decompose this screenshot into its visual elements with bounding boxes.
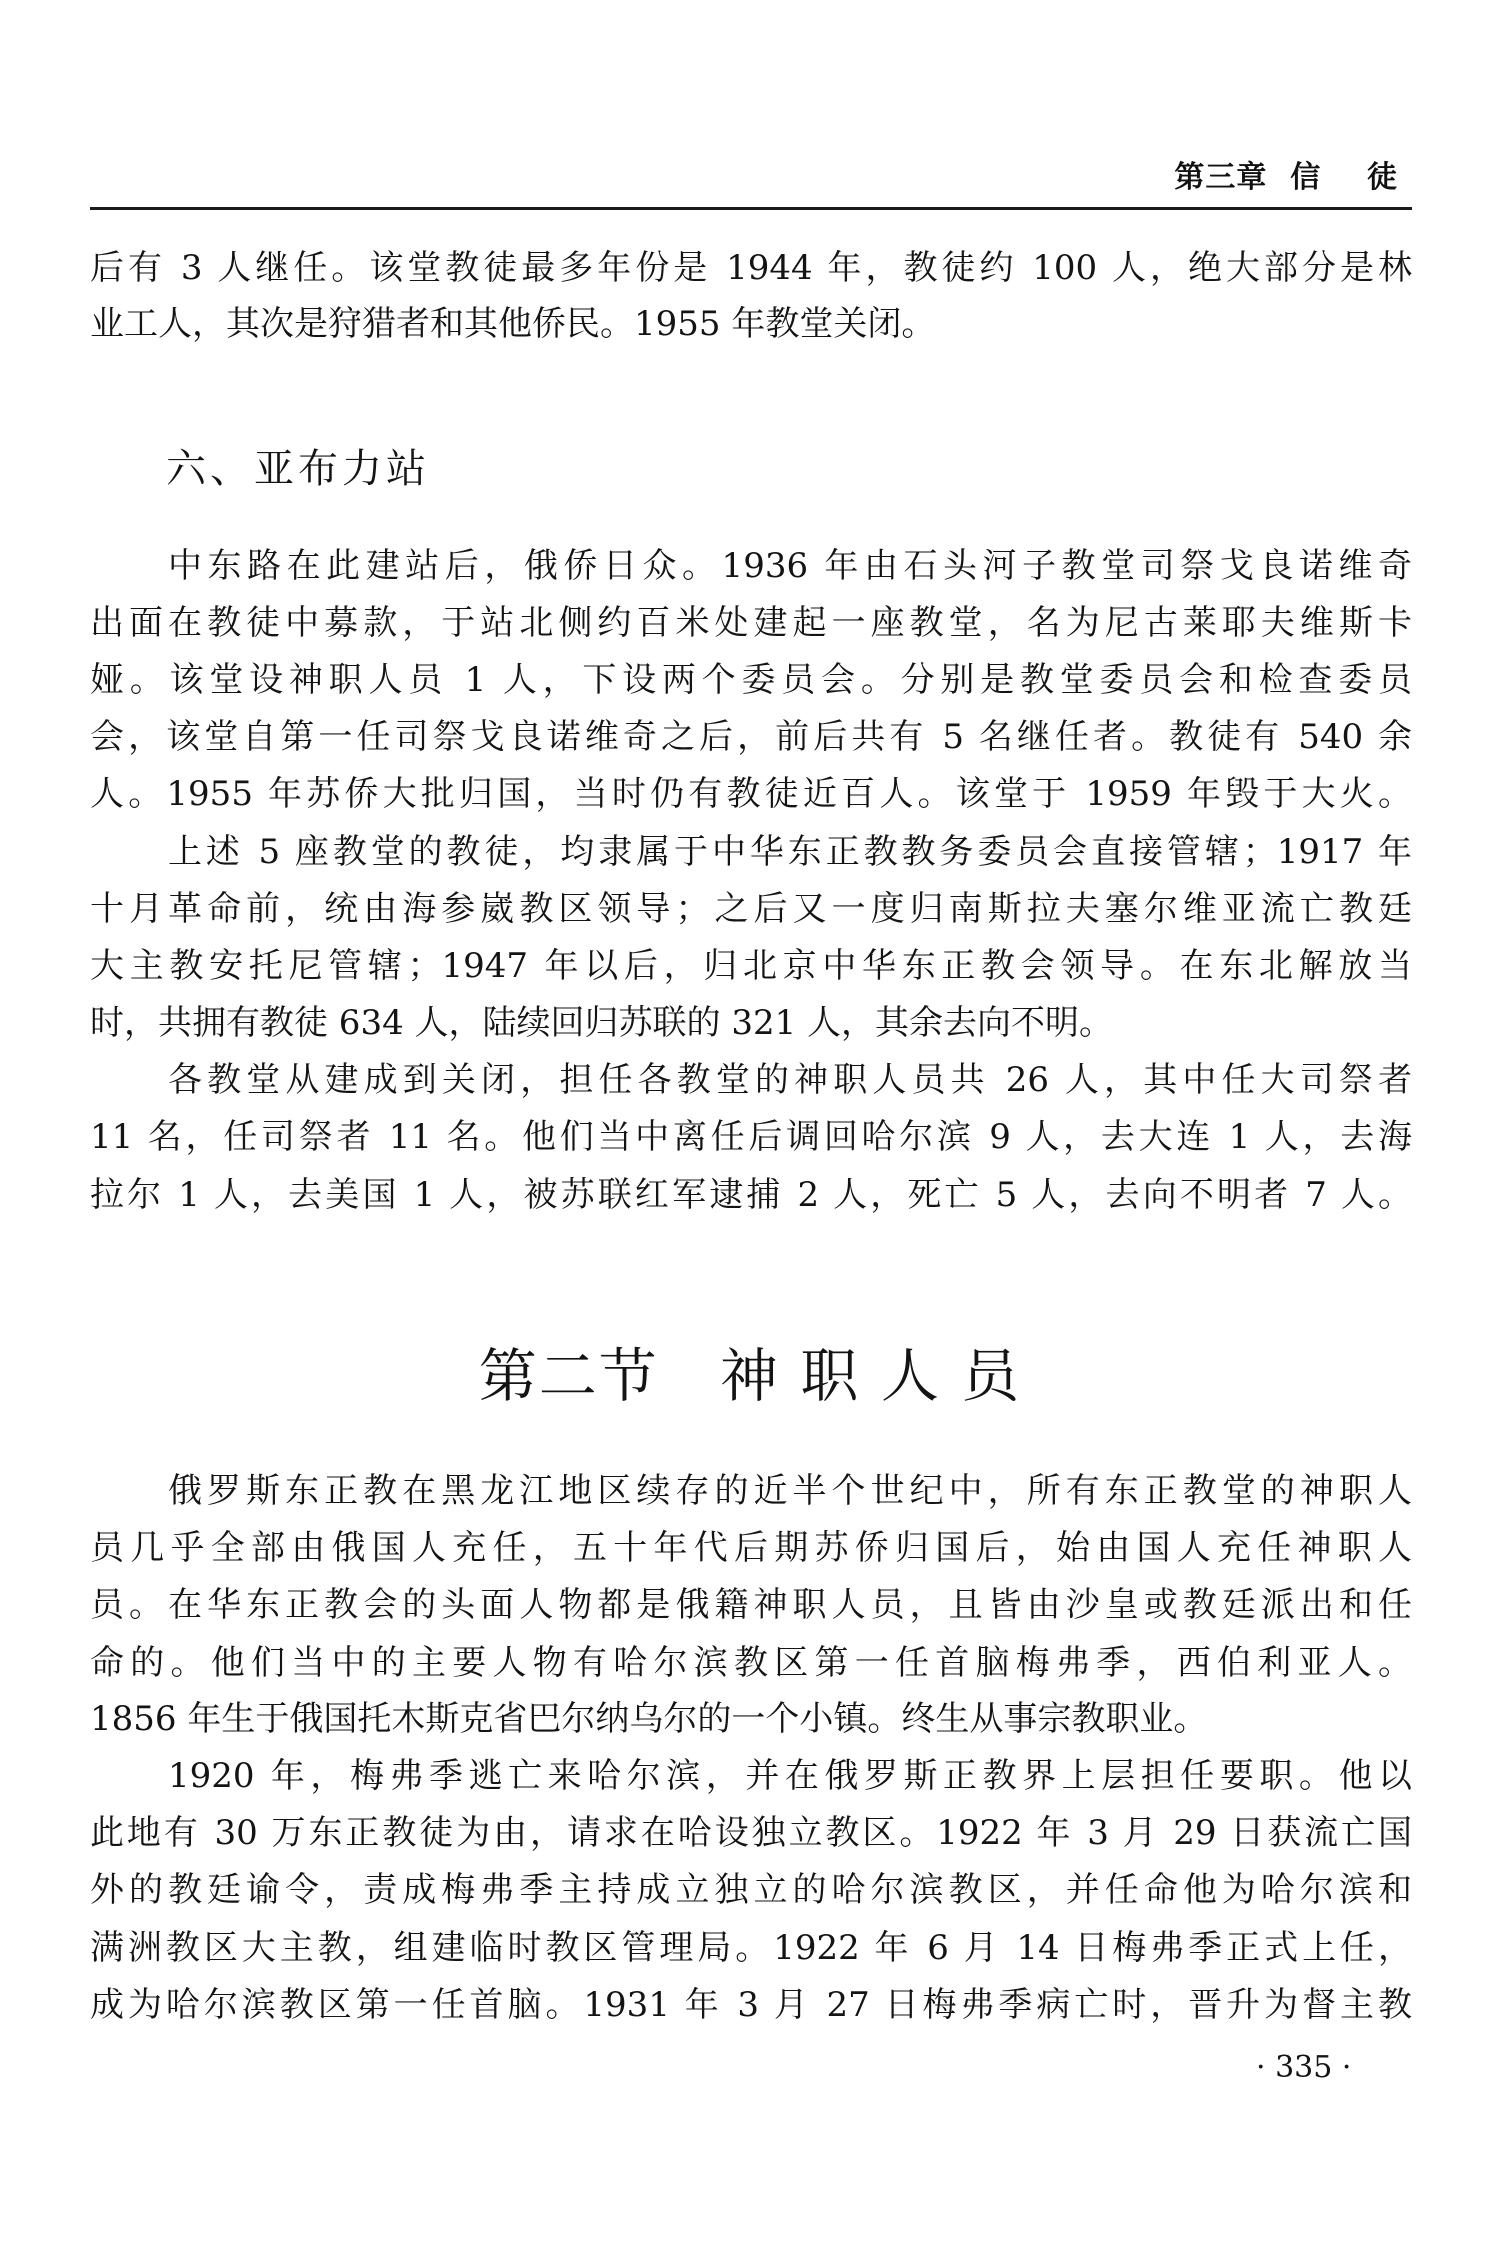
page-number: · 335 · (1256, 2048, 1351, 2088)
text-line: 后有 3 人继任。该堂教徒最多年份是 1944 年，教徒约 100 人，绝大部分… (90, 246, 1412, 290)
text-line: 各教堂从建成到关闭，担任各教堂的神职人员共 26 人，其中任大司祭者 (168, 1058, 1412, 1102)
text-line: 业工人，其次是狩猎者和其他侨民。1955 年教堂关闭。 (90, 302, 1412, 346)
text-line: 会，该堂自第一任司祭戈良诺维奇之后，前后共有 5 名继任者。教徒有 540 余 (90, 715, 1412, 759)
text-line: 人。1955 年苏侨大批归国，当时仍有教徒近百人。该堂于 1959 年毁于大火。 (90, 772, 1412, 816)
header-rule (90, 207, 1412, 210)
text-line: 此地有 30 万东正教徒为由，请求在哈设独立教区。1922 年 3 月 29 日… (90, 1811, 1412, 1855)
text-line: 11 名，任司祭者 11 名。他们当中离任后调回哈尔滨 9 人，去大连 1 人，… (90, 1115, 1412, 1159)
section-heading: 第二节 神 职 人 员 (0, 1338, 1500, 1414)
text-line: 外的教廷谕令，责成梅弗季主持成立独立的哈尔滨教区，并任命他为哈尔滨和 (90, 1868, 1412, 1912)
text-line: 1920 年，梅弗季逃亡来哈尔滨，并在俄罗斯正教界上层担任要职。他以 (168, 1754, 1412, 1798)
text-line: 时，共拥有教徒 634 人，陆续回归苏联的 321 人，其余去向不明。 (90, 1001, 1412, 1045)
text-line: 十月革命前，统由海参崴教区领导；之后又一度归南斯拉夫塞尔维亚流亡教廷 (90, 887, 1412, 931)
text-line: 俄罗斯东正教在黑龙江地区续存的近半个世纪中，所有东正教堂的神职人 (168, 1469, 1412, 1513)
text-line: 员几乎全部由俄国人充任，五十年代后期苏侨归国后，始由国人充任神职人 (90, 1526, 1412, 1570)
text-line: 出面在教徒中募款，于站北侧约百米处建起一座教堂，名为尼古莱耶夫维斯卡 (90, 601, 1412, 645)
subsection-heading: 六、亚布力站 (166, 443, 430, 495)
text-line: 中东路在此建站后，俄侨日众。1936 年由石头河子教堂司祭戈良诺维奇 (168, 544, 1412, 588)
text-line: 命的。他们当中的主要人物有哈尔滨教区第一任首脑梅弗季，西伯利亚人。 (90, 1641, 1412, 1685)
book-page: 第三章 信 徒 后有 3 人继任。该堂教徒最多年份是 1944 年，教徒约 10… (0, 0, 1500, 2244)
text-line: 满洲教区大主教，组建临时教区管理局。1922 年 6 月 14 日梅弗季正式上任… (90, 1926, 1412, 1970)
text-line: 员。在华东正教会的头面人物都是俄籍神职人员，且皆由沙皇或教廷派出和任 (90, 1583, 1412, 1627)
text-line: 1856 年生于俄国托木斯克省巴尔纳乌尔的一个小镇。终生从事宗教职业。 (90, 1697, 1412, 1741)
text-line: 娅。该堂设神职人员 1 人，下设两个委员会。分别是教堂委员会和检查委员 (90, 658, 1412, 702)
running-head-chapter-title: 第三章 信 徒 (1174, 158, 1398, 198)
text-line: 成为哈尔滨教区第一任首脑。1931 年 3 月 27 日梅弗季病亡时，晋升为督主… (90, 1983, 1412, 2027)
text-line: 大主教安托尼管辖；1947 年以后，归北京中华东正教会领导。在东北解放当 (90, 944, 1412, 988)
text-line: 上述 5 座教堂的教徒，均隶属于中华东正教教务委员会直接管辖；1917 年 (168, 830, 1412, 874)
text-line: 拉尔 1 人，去美国 1 人，被苏联红军逮捕 2 人，死亡 5 人，去向不明者 … (90, 1173, 1412, 1217)
